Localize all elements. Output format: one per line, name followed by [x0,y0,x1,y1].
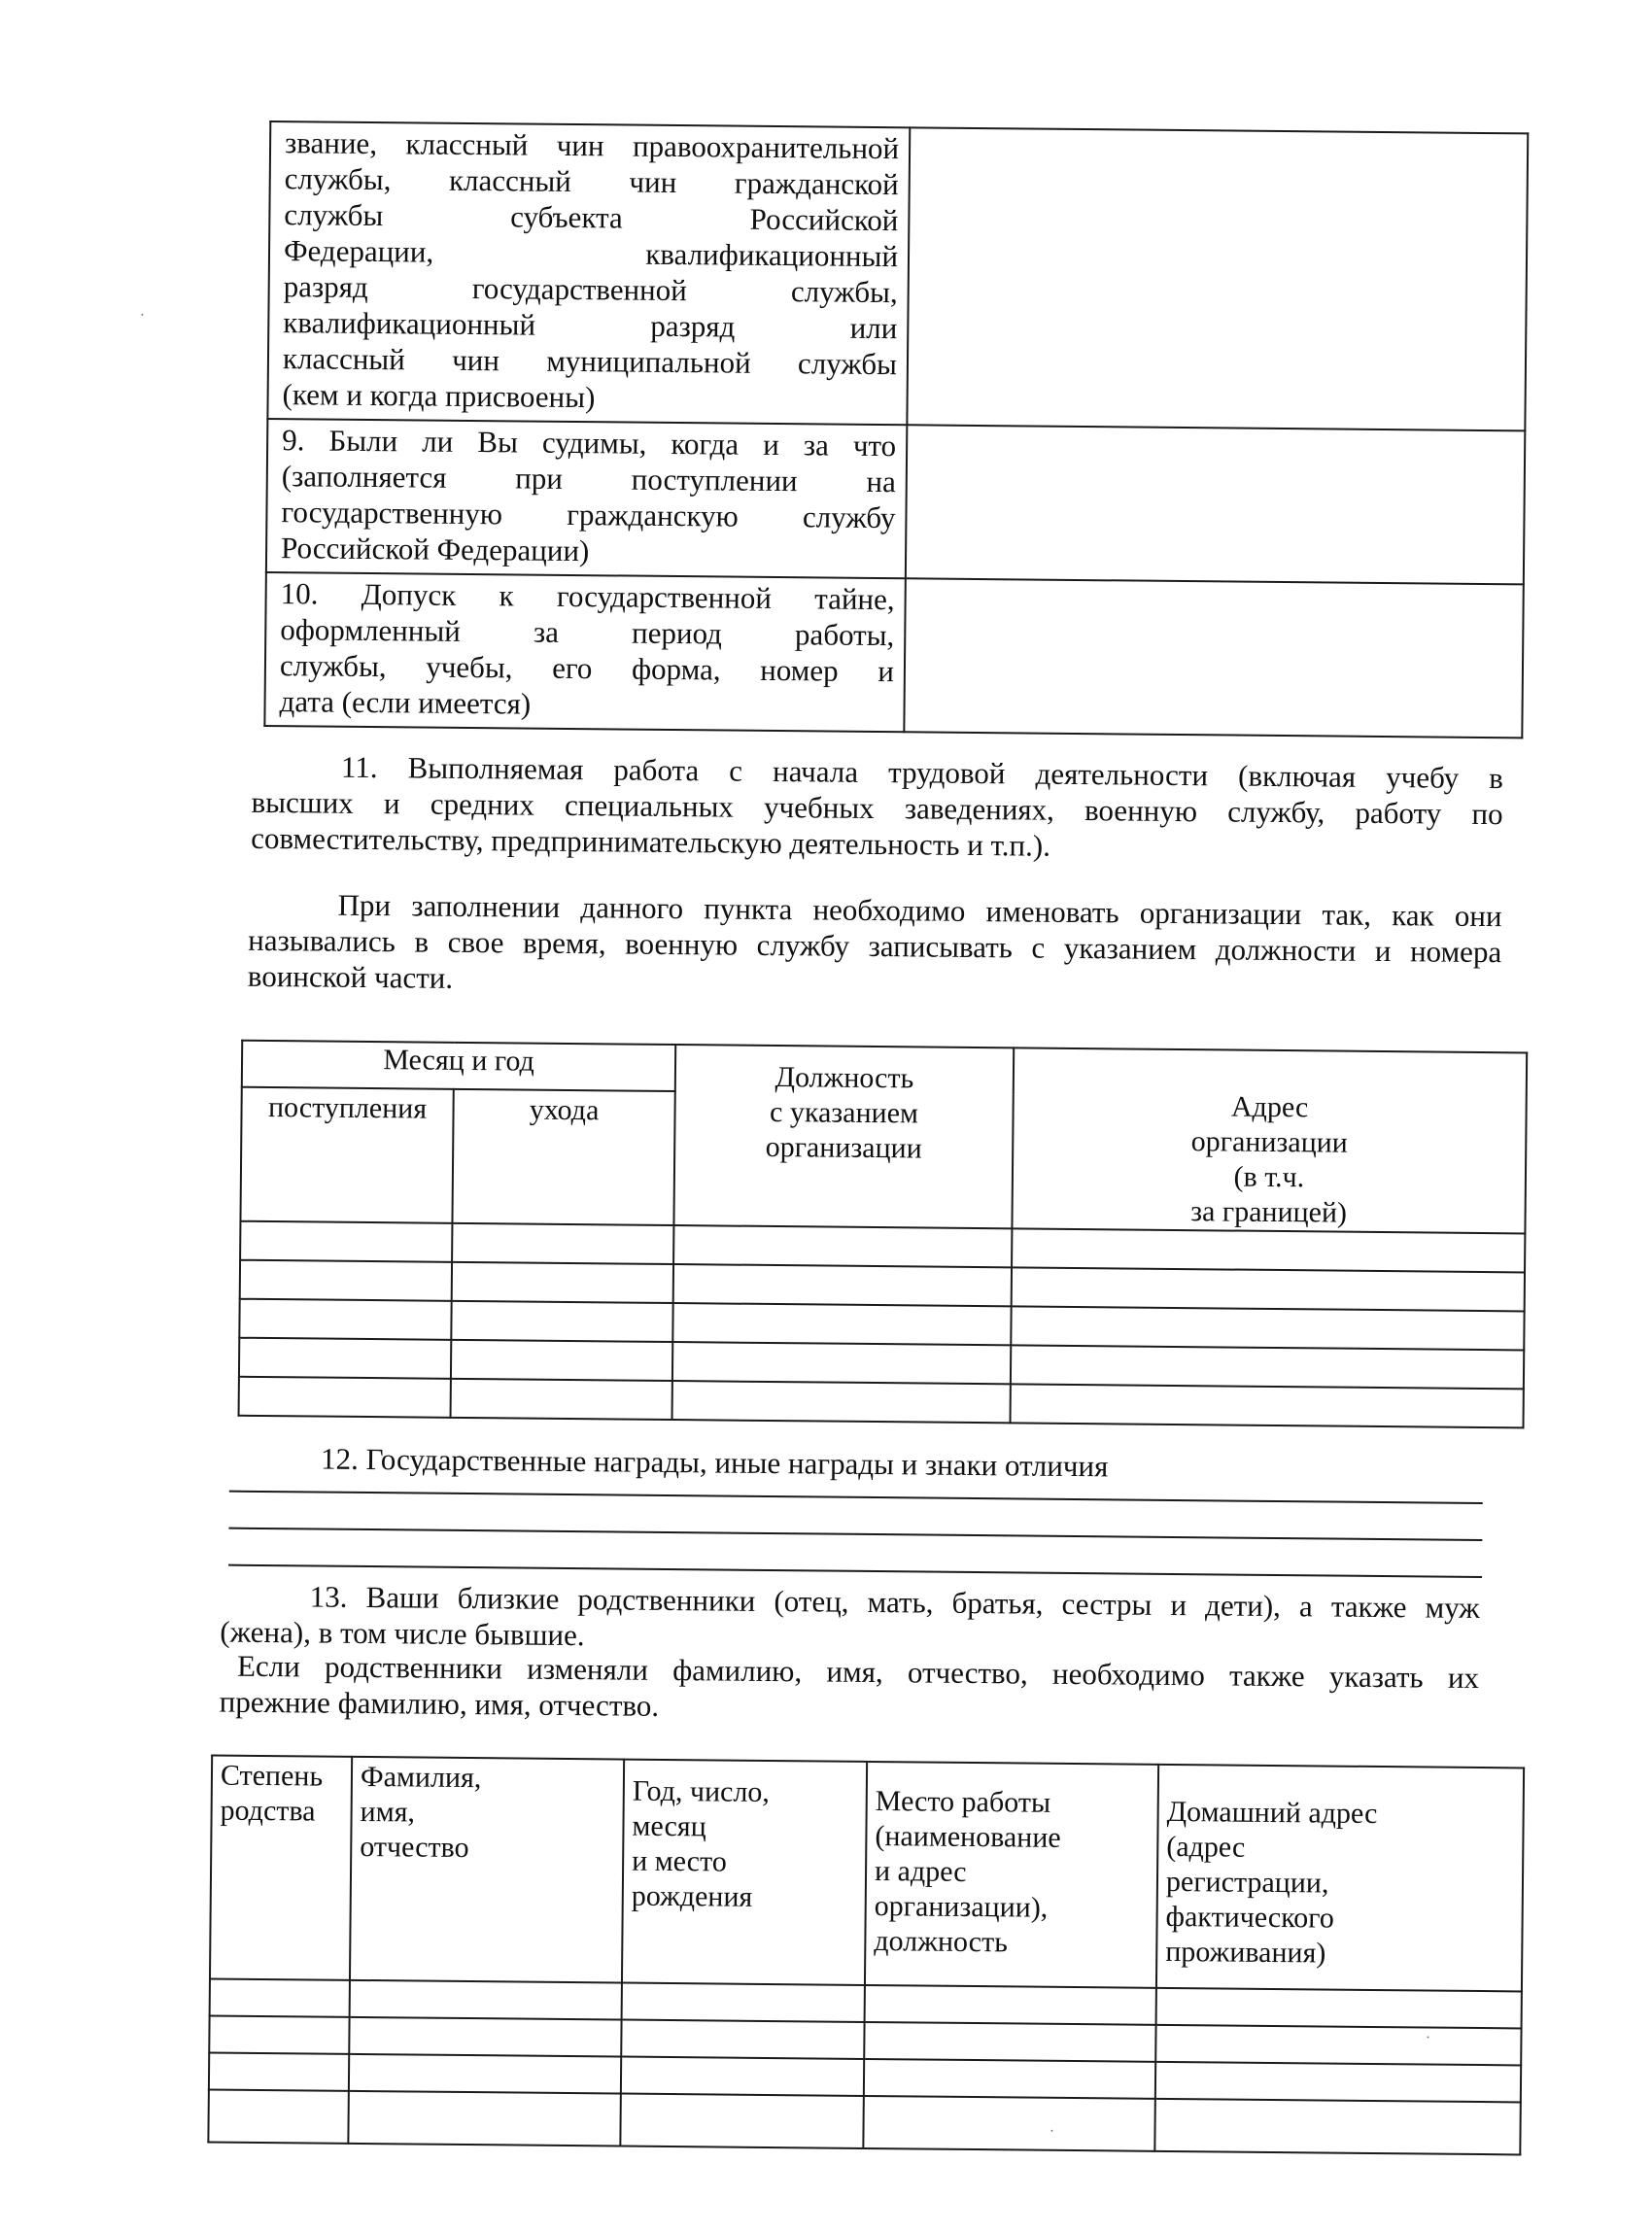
birth-cell[interactable] [620,2094,864,2148]
start-date-cell[interactable] [239,1338,451,1379]
birth-cell[interactable] [622,1983,865,2022]
header-line: и место [632,1844,857,1881]
end-date-cell[interactable] [451,1301,672,1342]
section-13-note: Если родственники изменяли фамилию, имя,… [220,1648,1480,1732]
birth-cell[interactable] [621,2057,864,2096]
workplace-cell[interactable] [863,2096,1155,2151]
table-row: звание, классный чин правоохранительной … [267,121,1528,430]
scan-artifact [1051,2130,1053,2132]
header-line: Фамилия, [361,1760,615,1798]
relation-cell[interactable] [209,2015,349,2053]
start-date-cell[interactable] [239,1299,451,1340]
header-line: должность [874,1924,1148,1962]
relation-cell[interactable] [210,1978,350,2016]
header-line: за границей) [1013,1192,1524,1232]
question-text: государственную гражданскую службу [281,494,895,535]
question-text: (кем и когда присвоены) [282,376,896,418]
full-name-cell[interactable] [350,1980,622,2020]
answer-cell-rank[interactable] [907,127,1528,430]
header-line: организации [1014,1122,1525,1162]
header-line: проживания) [1165,1935,1513,1973]
header-line: организации), [875,1889,1149,1927]
end-date-cell[interactable] [452,1262,673,1303]
section-11-text: 11. Выполняемая работа с начала трудовой… [251,748,1503,868]
question-text: службы субъекта Российской [284,196,898,238]
header-line: регистрации, [1166,1865,1514,1903]
workplace-cell[interactable] [864,2059,1155,2099]
header-line: Место работы [876,1784,1150,1822]
table-row [208,2089,1520,2154]
question-text: Федерации, квалификационный [284,232,898,274]
table-header-row: Степень родства Фамилия, имя, отчество Г… [210,1755,1524,1991]
end-date-cell[interactable] [451,1340,672,1381]
address-cell[interactable] [1012,1228,1525,1272]
header-line: месяц [632,1809,857,1846]
questionnaire-table: звание, классный чин правоохранительной … [263,120,1529,738]
question-cell: звание, классный чин правоохранительной … [267,121,910,425]
answer-cell-convictions[interactable] [906,425,1525,584]
awards-answer-line[interactable] [229,1491,1483,1504]
table-row: 9. Были ли Вы судимы, когда и за что (за… [266,419,1525,584]
question-text: разряд государственной службы, [284,268,898,310]
header-line: (в т.ч. [1014,1157,1525,1197]
scan-artifact [1427,2037,1428,2039]
address-cell[interactable] [1011,1306,1524,1350]
position-header: Должность с указанием организации [673,1045,1014,1228]
month-year-header: Месяц и год [242,1041,675,1091]
question-text: классный чин муниципальной службы [283,340,897,382]
start-date-header: поступления [240,1086,453,1222]
header-line: (наименование [875,1819,1149,1857]
header-line: и адрес [875,1854,1149,1892]
position-cell[interactable] [672,1303,1011,1345]
position-cell[interactable] [673,1225,1012,1267]
header-line: Степень [221,1759,343,1795]
answer-cell-secret-clearance[interactable] [904,578,1523,738]
home-address-cell[interactable] [1154,2099,1521,2155]
question-text: дата (если имеется) [279,683,893,725]
awards-answer-line[interactable] [228,1564,1482,1578]
full-name-cell[interactable] [348,2091,621,2146]
header-line: фактического [1165,1900,1513,1938]
document-page: звание, классный чин правоохранительной … [0,0,1652,2232]
end-date-cell[interactable] [451,1379,672,1420]
header-line: Домашний адрес [1166,1795,1514,1833]
workplace-cell[interactable] [865,1985,1156,2025]
birth-cell[interactable] [621,2020,864,2059]
header-line: имя, [360,1795,614,1833]
header-line: с указанием [675,1094,1012,1132]
workplace-header: Место работы (наименование и адрес орган… [865,1762,1158,1988]
question-text: службы, классный чин гражданской [285,160,899,202]
header-line: отчество [360,1830,614,1868]
question-text: звание, классный чин правоохранительной [285,124,899,166]
question-text: оформленный за период работы, [280,611,894,653]
workplace-cell[interactable] [864,2022,1155,2062]
question-text: службы, учебы, его форма, номер и [280,647,894,689]
address-cell[interactable] [1012,1267,1525,1311]
address-header: Адрес организации (в т.ч. за границей) [1012,1047,1527,1233]
question-text: квалификационный разряд или [283,304,897,346]
employment-table: Месяц и год Должность с указанием органи… [238,1040,1529,1429]
header-line: Должность [676,1059,1013,1097]
position-cell[interactable] [672,1342,1011,1384]
relation-cell[interactable] [208,2089,349,2143]
home-address-header: Домашний адрес (адрес регистрации, факти… [1156,1765,1524,1992]
start-date-cell[interactable] [239,1377,451,1418]
full-name-header: Фамилия, имя, отчество [350,1757,624,1983]
header-line: организации [675,1129,1012,1167]
scan-artifact [141,314,143,316]
relation-cell[interactable] [209,2052,349,2090]
home-address-cell[interactable] [1155,2025,1521,2066]
full-name-cell[interactable] [349,2017,621,2057]
start-date-cell[interactable] [240,1221,452,1262]
header-line: (адрес [1166,1830,1514,1868]
section-11-note: При заполнении данного пункта необходимо… [248,886,1502,1006]
question-cell-9: 9. Были ли Вы судимы, когда и за что (за… [266,419,907,578]
end-date-cell[interactable] [452,1223,673,1264]
header-line: рождения [632,1879,857,1916]
full-name-cell[interactable] [349,2054,621,2094]
address-cell[interactable] [1011,1384,1524,1427]
header-line: родства [220,1794,342,1830]
address-cell[interactable] [1011,1345,1524,1389]
question-text: Российской Федерации) [281,530,895,571]
header-line: Год, число, [633,1774,858,1811]
question-text: 10. Допуск к государственной тайне, [280,575,894,617]
birth-date-place-header: Год, число, месяц и место рождения [622,1760,867,1985]
section-12-title: 12. Государственные награды, иные наград… [321,1441,1292,1487]
position-cell[interactable] [673,1264,1012,1306]
position-cell[interactable] [672,1381,1011,1423]
header-line: Адрес [1014,1087,1525,1127]
relatives-table: Степень родства Фамилия, имя, отчество Г… [207,1754,1525,2155]
question-text: 9. Были ли Вы судимы, когда и за что [282,422,896,464]
start-date-cell[interactable] [240,1260,452,1301]
awards-answer-line[interactable] [228,1528,1482,1541]
relation-degree-header: Степень родства [210,1755,352,1979]
home-address-cell[interactable] [1156,1988,1522,2029]
end-date-header: ухода [452,1089,674,1225]
question-text: (заполняется при поступлении на [282,458,896,499]
table-row: 10. Допуск к государственной тайне, офор… [264,572,1523,738]
home-address-cell[interactable] [1155,2062,1521,2103]
question-cell-10: 10. Допуск к государственной тайне, офор… [264,572,905,732]
